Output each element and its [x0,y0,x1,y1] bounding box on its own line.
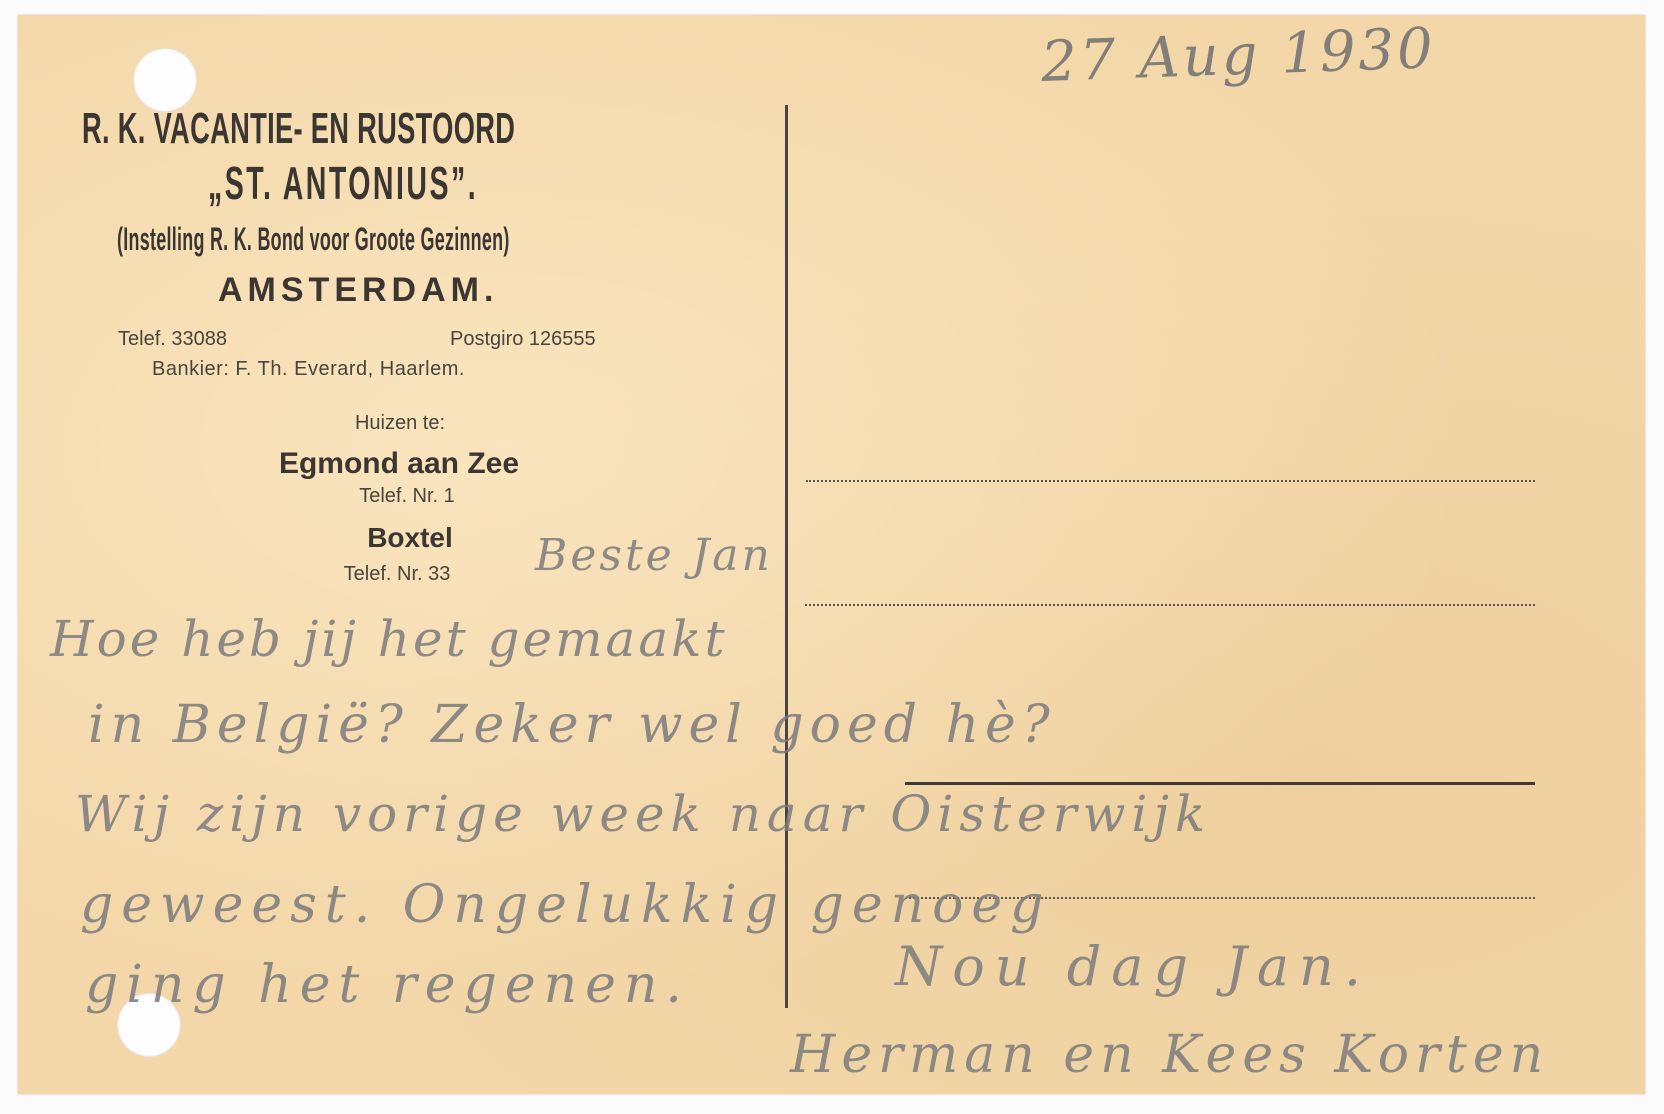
letterhead-postgiro: Postgiro 126555 [450,328,596,351]
house-boxtel-phone: Telef. Nr. 33 [344,563,451,586]
address-line-1 [806,480,1535,482]
handwritten-line-4: geweest. Ongelukkig genoeg [80,875,1051,935]
address-line-2 [805,604,1535,606]
letterhead-banker: Bankier: F. Th. Everard, Haarlem. [152,358,465,381]
letterhead-telephone: Telef. 33088 [118,328,227,351]
handwritten-line-2: in België? Zeker wel goed hè? [88,695,1056,755]
handwritten-signature: Herman en Kees Korten [790,1025,1549,1085]
handwritten-salutation: Beste Jan [535,530,773,581]
letterhead-city: AMSTERDAM. [218,271,498,310]
handwritten-date: 27 Aug 1930 [1040,16,1437,95]
letterhead-subtitle: (Instelling R. K. Bond voor Groote Gezin… [117,221,510,258]
handwritten-line-3: Wij zijn vorige week naar Oisterwijk [75,785,1211,843]
house-egmond-name: Egmond aan Zee [279,447,519,481]
letterhead-name: „ST. ANTONIUS”. [208,156,478,210]
handwritten-line-1: Hoe heb jij het gemaakt [50,610,728,668]
letterhead-title: R. K. VACANTIE- EN RUSTOORD [82,104,515,154]
houses-label: Huizen te: [355,412,445,435]
handwritten-line-5: ging het regenen. [85,955,690,1015]
vertical-divider [785,105,788,1008]
house-egmond-phone: Telef. Nr. 1 [359,485,455,508]
punch-hole-top [133,48,197,112]
house-boxtel-name: Boxtel [367,522,453,554]
handwritten-closing: Nou dag Jan. [895,935,1371,998]
perforated-edge [1639,15,1651,1094]
